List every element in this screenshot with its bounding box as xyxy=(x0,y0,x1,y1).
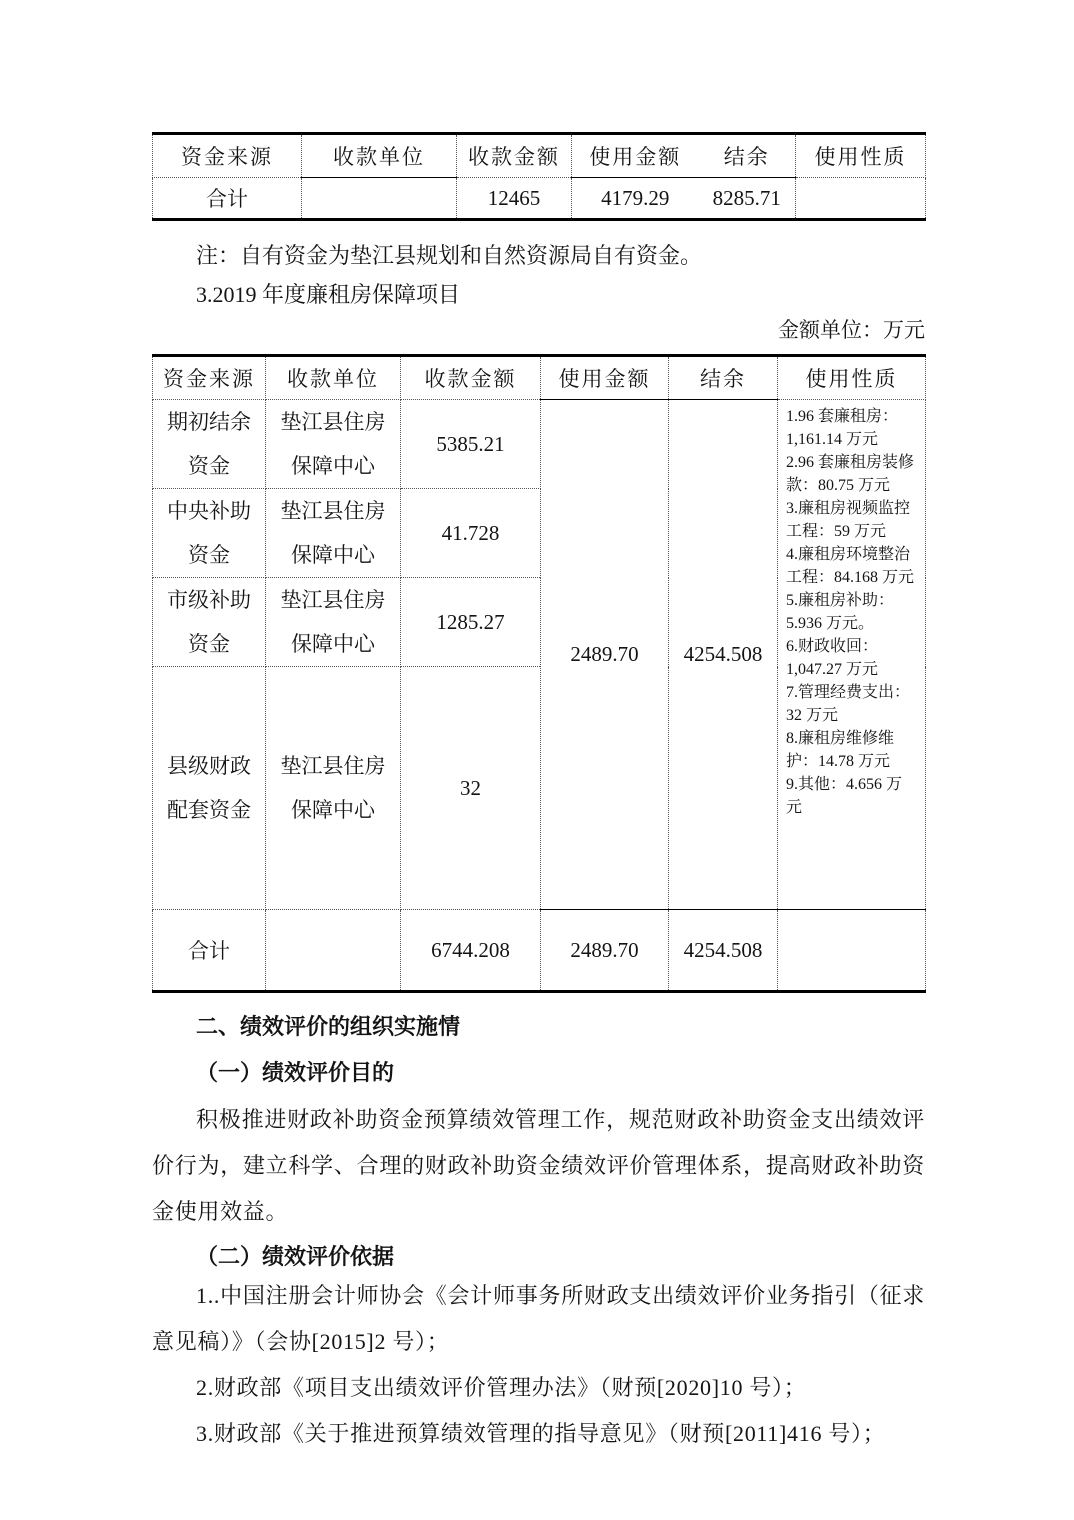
amount-unit-label: 金额单位：万元 xyxy=(152,315,925,345)
cell-receiving-unit: 垫江县住房保障中心 xyxy=(266,578,401,667)
cell-received-amount: 41.728 xyxy=(401,489,541,578)
table-row-opening-balance: 期初结余资金 垫江县住房保障中心 5385.21 2489.70 4254.50… xyxy=(153,400,926,489)
usage-nature-item: 9.其他：4.656 万元 xyxy=(786,773,917,819)
header-received-amount: 收款金额 xyxy=(457,134,572,178)
merged-balance-cell: 4254.508 xyxy=(669,400,778,910)
cell-received-amount: 1285.27 xyxy=(401,578,541,667)
cell-funding-source: 期初结余资金 xyxy=(153,400,266,489)
header-balance: 结余 xyxy=(669,356,778,400)
cell-receiving-unit: 垫江县住房保障中心 xyxy=(266,667,401,910)
header-funding-source: 资金来源 xyxy=(153,134,302,178)
subsection-heading-2: （二）绩效评价依据 xyxy=(152,1241,925,1273)
main-table-header-row: 资金来源 收款单位 收款金额 使用金额 结余 使用性质 xyxy=(153,356,926,400)
previous-summary-table: 资金来源 收款单位 收款金额 使用金额 结余 使用性质 合计 12465 417… xyxy=(152,132,926,221)
empty-nature-cell xyxy=(796,178,926,220)
total-balance-cell: 8285.71 xyxy=(699,178,796,220)
header-used-amount: 使用金额 xyxy=(572,134,699,178)
section3-title: 3.2019 年度廉租房保障项目 xyxy=(152,280,925,310)
total-label-cell: 合计 xyxy=(153,178,302,220)
main-table-total-row: 合计 6744.208 2489.70 4254.508 xyxy=(153,910,926,992)
cell-receiving-unit: 垫江县住房保障中心 xyxy=(266,400,401,489)
document-page: 资金来源 收款单位 收款金额 使用金额 结余 使用性质 合计 12465 417… xyxy=(0,0,1074,1520)
total-received-cell: 12465 xyxy=(457,178,572,220)
usage-nature-item: 4.廉租房环境整治工程：84.168 万元 xyxy=(786,543,917,589)
usage-nature-item: 5.廉租房补助：5.936 万元。 xyxy=(786,589,917,635)
reference-item-1: 1..中国注册会计师协会《会计师事务所财政支出绩效评价业务指引（征求意见稿）》（… xyxy=(152,1273,925,1365)
usage-nature-cell: 1.96 套廉租房：1,161.14 万元 2.96 套廉租房装修款：80.75… xyxy=(778,400,926,910)
empty-nature-cell xyxy=(778,910,926,992)
project-funding-table: 资金来源 收款单位 收款金额 使用金额 结余 使用性质 期初结余资金 垫江县住房… xyxy=(152,354,926,993)
header-usage-nature: 使用性质 xyxy=(796,134,926,178)
usage-nature-item: 8.廉租房维修维护：14.78 万元 xyxy=(786,727,917,773)
usage-nature-item: 6.财政收回：1,047.27 万元 xyxy=(786,635,917,681)
prev-table-total-row: 合计 12465 4179.29 8285.71 xyxy=(153,178,926,220)
reference-item-3: 3.财政部《关于推进预算绩效管理的指导意见》（财预[2011]416 号）； xyxy=(152,1411,925,1457)
empty-unit-cell xyxy=(302,178,457,220)
cell-funding-source: 县级财政配套资金 xyxy=(153,667,266,910)
cell-funding-source: 中央补助资金 xyxy=(153,489,266,578)
usage-nature-item: 1.96 套廉租房：1,161.14 万元 xyxy=(786,405,917,451)
header-balance: 结余 xyxy=(699,134,796,178)
total-received-cell: 6744.208 xyxy=(401,910,541,992)
header-received-amount: 收款金额 xyxy=(401,356,541,400)
usage-nature-item: 7.管理经费支出：32 万元 xyxy=(786,681,917,727)
header-used-amount: 使用金额 xyxy=(541,356,669,400)
cell-receiving-unit: 垫江县住房保障中心 xyxy=(266,489,401,578)
cell-funding-source: 市级补助资金 xyxy=(153,578,266,667)
usage-nature-item: 3.廉租房视频监控工程：59 万元 xyxy=(786,497,917,543)
reference-item-2: 2.财政部《项目支出绩效评价管理办法》（财预[2020]10 号）； xyxy=(152,1365,925,1411)
merged-used-amount-cell: 2489.70 xyxy=(541,400,669,910)
header-usage-nature: 使用性质 xyxy=(778,356,926,400)
total-balance-cell: 4254.508 xyxy=(669,910,778,992)
section-heading-2: 二、绩效评价的组织实施情 xyxy=(152,1011,925,1043)
header-receiving-unit: 收款单位 xyxy=(266,356,401,400)
total-used-cell: 4179.29 xyxy=(572,178,699,220)
total-used-cell: 2489.70 xyxy=(541,910,669,992)
subsection-heading-1: （一）绩效评价目的 xyxy=(152,1057,925,1089)
purpose-paragraph: 积极推进财政补助资金预算绩效管理工作，规范财政补助资金支出绩效评价行为，建立科学… xyxy=(152,1097,925,1235)
prev-table-header-row: 资金来源 收款单位 收款金额 使用金额 结余 使用性质 xyxy=(153,134,926,178)
cell-received-amount: 5385.21 xyxy=(401,400,541,489)
usage-nature-item: 2.96 套廉租房装修款：80.75 万元 xyxy=(786,451,917,497)
note-text: 注：自有资金为垫江县规划和自然资源局自有资金。 xyxy=(152,241,925,271)
header-receiving-unit: 收款单位 xyxy=(302,134,457,178)
empty-unit-cell xyxy=(266,910,401,992)
document-content: 资金来源 收款单位 收款金额 使用金额 结余 使用性质 合计 12465 417… xyxy=(0,0,1074,1457)
cell-received-amount: 32 xyxy=(401,667,541,910)
total-label-cell: 合计 xyxy=(153,910,266,992)
header-funding-source: 资金来源 xyxy=(153,356,266,400)
